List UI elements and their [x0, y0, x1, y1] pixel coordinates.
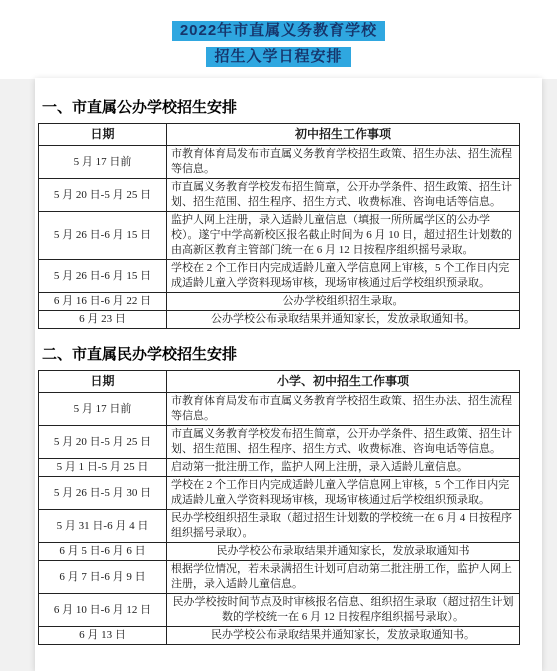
- table-row: 5 月 20 日-5 月 25 日市直属义务教育学校发布招生简章，公开办学条件、…: [39, 179, 520, 212]
- date-cell: 6 月 10 日-6 月 12 日: [39, 594, 167, 627]
- task-cell: 民办学校组织招生录取（超过招生计划数的学校统一在 6 月 4 日按程序组织摇号录…: [167, 510, 520, 543]
- date-cell: 5 月 26 日-5 月 30 日: [39, 477, 167, 510]
- column-header-tasks: 初中招生工作事项: [167, 124, 520, 146]
- task-cell: 根据学位情况，若未录满招生计划可启动第二批注册工作，监护人网上注册，录入适龄儿童…: [167, 561, 520, 594]
- task-cell: 市直属义务教育学校发布招生简章，公开办学条件、招生政策、招生计划、招生范围、招生…: [167, 179, 520, 212]
- table-header-row: 日期 小学、初中招生工作事项: [39, 371, 520, 393]
- banner-strip: 2022年市直属义务教育学校 招生入学日程安排: [0, 0, 557, 79]
- page-title-line2: 招生入学日程安排: [206, 47, 350, 67]
- task-cell: 启动第一批注册工作，监护人网上注册，录入适龄儿童信息。: [167, 459, 520, 477]
- date-cell: 6 月 5 日-6 月 6 日: [39, 543, 167, 561]
- table-row: 6 月 13 日民办学校公布录取结果并通知家长，发放录取通知书。: [39, 627, 520, 645]
- table-row: 5 月 1 日-5 月 25 日启动第一批注册工作，监护人网上注册，录入适龄儿童…: [39, 459, 520, 477]
- table-row: 5 月 26 日-6 月 15 日监护人网上注册，录入适龄儿童信息（填报一所所属…: [39, 212, 520, 260]
- task-cell: 监护人网上注册，录入适龄儿童信息（填报一所所属学区的公办学校）。遂宁中学高新校区…: [167, 212, 520, 260]
- content-card: 一、市直属公办学校招生安排 日期 初中招生工作事项 5 月 17 日前市教育体育…: [35, 78, 542, 644]
- section-heading-public: 一、市直属公办学校招生安排: [42, 96, 542, 117]
- section-private-schools: 二、市直属民办学校招生安排 日期 小学、初中招生工作事项 5 月 17 日前市教…: [35, 343, 542, 644]
- section-heading-private: 二、市直属民办学校招生安排: [42, 343, 542, 364]
- date-cell: 5 月 17 日前: [39, 146, 167, 179]
- task-cell: 学校在 2 个工作日内完成适龄儿童入学信息网上审核，5 个工作日内完成适龄儿童入…: [167, 260, 520, 293]
- task-cell: 民办学校公布录取结果并通知家长，发放录取通知书: [167, 543, 520, 561]
- table-row: 6 月 10 日-6 月 12 日民办学校按时间节点及时审核报名信息、组织招生录…: [39, 594, 520, 627]
- table-row: 5 月 31 日-6 月 4 日民办学校组织招生录取（超过招生计划数的学校统一在…: [39, 510, 520, 543]
- task-cell: 公办学校公布录取结果并通知家长，发放录取通知书。: [167, 311, 520, 329]
- task-cell: 公办学校组织招生录取。: [167, 293, 520, 311]
- task-cell: 民办学校按时间节点及时审核报名信息、组织招生录取（超过招生计划数的学校统一在 6…: [167, 594, 520, 627]
- date-cell: 5 月 26 日-6 月 15 日: [39, 260, 167, 293]
- table-row: 6 月 5 日-6 月 6 日民办学校公布录取结果并通知家长，发放录取通知书: [39, 543, 520, 561]
- task-cell: 市教育体育局发布市直属义务教育学校招生政策、招生办法、招生流程等信息。: [167, 393, 520, 426]
- date-cell: 5 月 31 日-6 月 4 日: [39, 510, 167, 543]
- task-cell: 学校在 2 个工作日内完成适龄儿童入学信息网上审核，5 个工作日内完成适龄儿童入…: [167, 477, 520, 510]
- table-row: 5 月 17 日前市教育体育局发布市直属义务教育学校招生政策、招生办法、招生流程…: [39, 146, 520, 179]
- column-header-date: 日期: [39, 124, 167, 146]
- date-cell: 5 月 17 日前: [39, 393, 167, 426]
- table-row: 5 月 20 日-5 月 25 日市直属义务教育学校发布招生简章，公开办学条件、…: [39, 426, 520, 459]
- table-header-row: 日期 初中招生工作事项: [39, 124, 520, 146]
- date-cell: 5 月 26 日-6 月 15 日: [39, 212, 167, 260]
- date-cell: 5 月 20 日-5 月 25 日: [39, 179, 167, 212]
- date-cell: 5 月 1 日-5 月 25 日: [39, 459, 167, 477]
- private-schools-schedule-table: 日期 小学、初中招生工作事项 5 月 17 日前市教育体育局发布市直属义务教育学…: [38, 370, 520, 644]
- date-cell: 6 月 7 日-6 月 9 日: [39, 561, 167, 594]
- task-cell: 市教育体育局发布市直属义务教育学校招生政策、招生办法、招生流程等信息。: [167, 146, 520, 179]
- date-cell: 6 月 23 日: [39, 311, 167, 329]
- table-row: 5 月 17 日前市教育体育局发布市直属义务教育学校招生政策、招生办法、招生流程…: [39, 393, 520, 426]
- column-header-date: 日期: [39, 371, 167, 393]
- page-title: 2022年市直属义务教育学校 招生入学日程安排: [0, 21, 557, 67]
- table-row: 5 月 26 日-6 月 15 日学校在 2 个工作日内完成适龄儿童入学信息网上…: [39, 260, 520, 293]
- date-cell: 6 月 13 日: [39, 627, 167, 645]
- table-row: 6 月 23 日公办学校公布录取结果并通知家长，发放录取通知书。: [39, 311, 520, 329]
- section-public-schools: 一、市直属公办学校招生安排 日期 初中招生工作事项 5 月 17 日前市教育体育…: [35, 96, 542, 329]
- date-cell: 5 月 20 日-5 月 25 日: [39, 426, 167, 459]
- page-title-line1: 2022年市直属义务教育学校: [172, 21, 385, 41]
- table-row: 5 月 26 日-5 月 30 日学校在 2 个工作日内完成适龄儿童入学信息网上…: [39, 477, 520, 510]
- table-row: 6 月 16 日-6 月 22 日公办学校组织招生录取。: [39, 293, 520, 311]
- task-cell: 民办学校公布录取结果并通知家长，发放录取通知书。: [167, 627, 520, 645]
- public-schools-schedule-table: 日期 初中招生工作事项 5 月 17 日前市教育体育局发布市直属义务教育学校招生…: [38, 123, 520, 329]
- date-cell: 6 月 16 日-6 月 22 日: [39, 293, 167, 311]
- task-cell: 市直属义务教育学校发布招生简章，公开办学条件、招生政策、招生计划、招生范围、招生…: [167, 426, 520, 459]
- table-row: 6 月 7 日-6 月 9 日根据学位情况，若未录满招生计划可启动第二批注册工作…: [39, 561, 520, 594]
- column-header-tasks: 小学、初中招生工作事项: [167, 371, 520, 393]
